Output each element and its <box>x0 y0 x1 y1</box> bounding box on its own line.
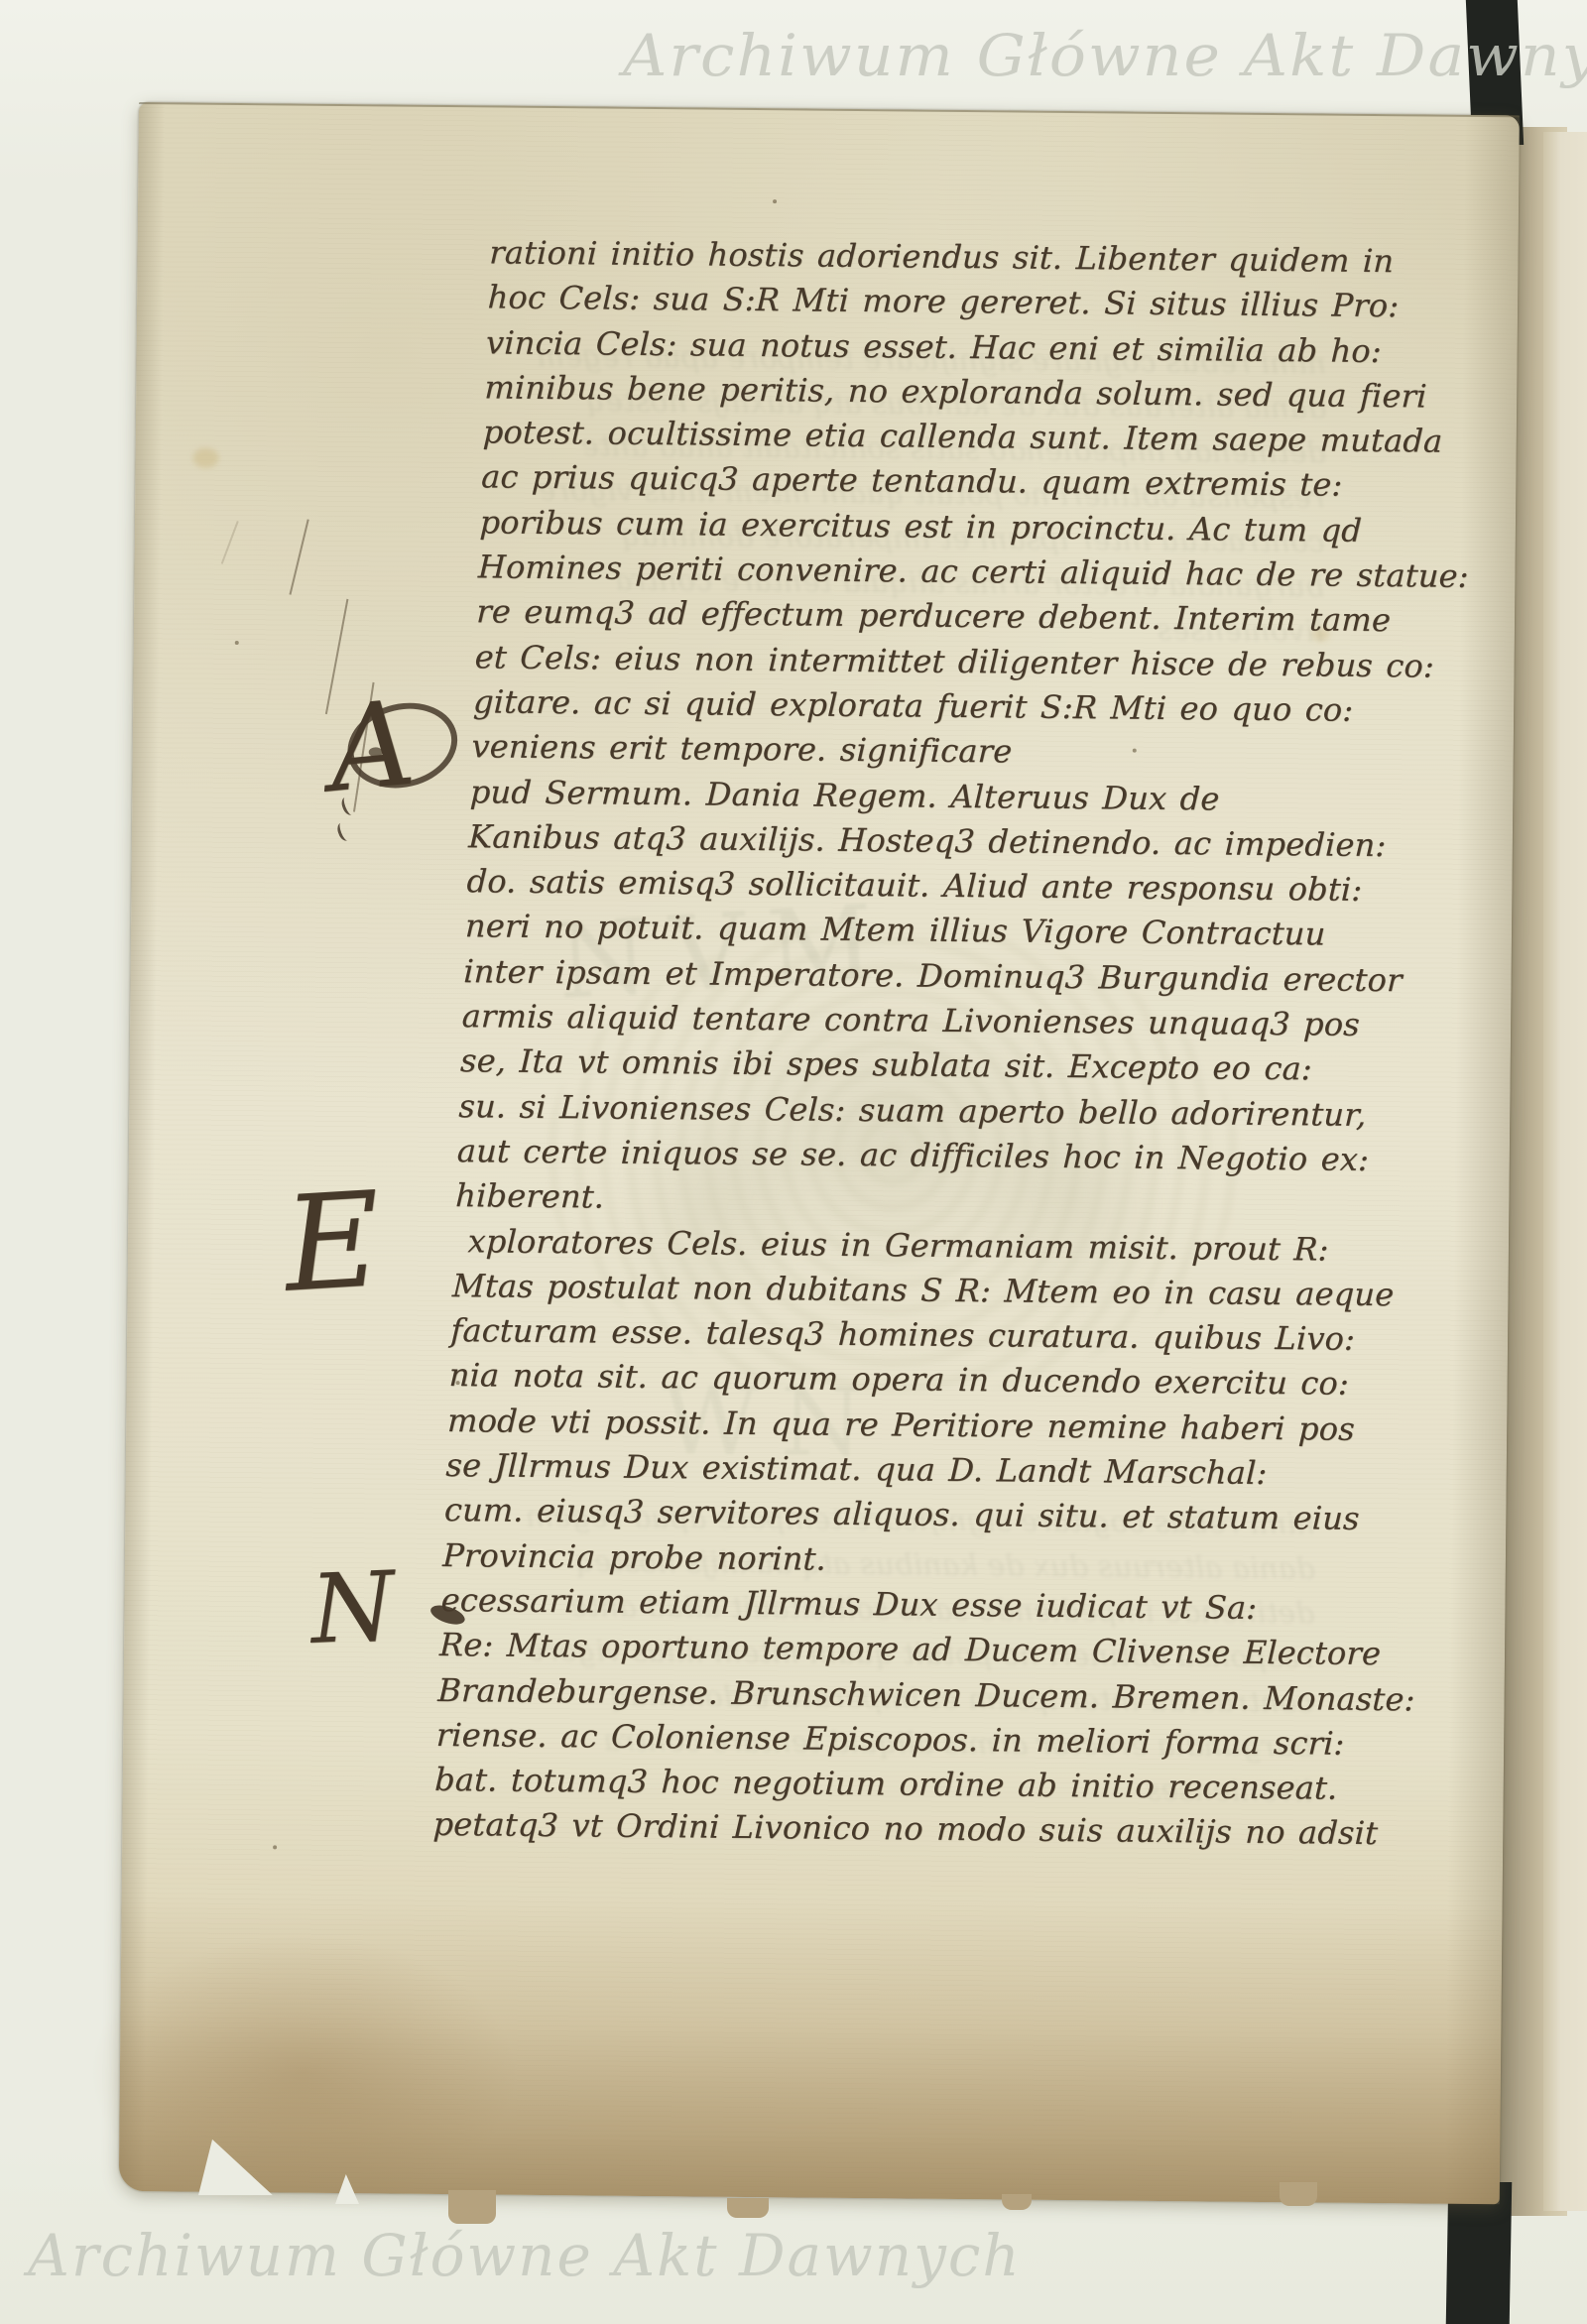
text-line: mode vti possit. In qua re Peritiore nem… <box>446 1399 1272 1451</box>
text-line: inter ipsam et Imperatore. Dominuq3 Burg… <box>463 949 1288 1002</box>
text-line: petatq3 vt Ordini Livonico no modo suis … <box>432 1802 1258 1855</box>
text-line: Brandeburgense. Brunschwicen Ducem. Brem… <box>437 1667 1263 1720</box>
text-line: se Jllrmus Dux existimat. qua D. Landt M… <box>445 1443 1271 1496</box>
torn-edge-jut <box>1280 2182 1317 2206</box>
torn-edge-jut <box>448 2190 496 2224</box>
text-line: cum. eiusq3 servitores aliquos. qui situ… <box>443 1488 1269 1540</box>
ink-speck <box>1133 749 1137 753</box>
text-line: gitare. ac si quid explorata fuerit S:R … <box>472 679 1297 732</box>
adjacent-folio-edge <box>1543 132 1587 2211</box>
paragraph-initial-n: N <box>308 1558 396 1657</box>
text-line: Provincia probe norint. <box>441 1533 1267 1586</box>
text-line: su. si Livonienses Cels: suam aperto bel… <box>458 1084 1283 1137</box>
text-line: Kanibus atq3 auxilijs. Hosteq3 detinendo… <box>467 814 1292 867</box>
text-line: et Cels: eius non intermittet diligenter… <box>474 635 1299 687</box>
text-line: hiberent. <box>454 1173 1280 1226</box>
ink-blot <box>369 747 383 757</box>
archive-watermark-bottom: Archiwum Główne Akt Dawnych <box>28 2222 1022 2289</box>
text-line: rationi initio hostis adoriendus sit. Li… <box>489 230 1314 283</box>
archive-watermark-top: Archiwum Główne Akt Dawnych <box>623 22 1587 89</box>
text-line: Mtas postulat non dubitans S R: Mtem eo … <box>451 1264 1277 1316</box>
text-line: bat. totumq3 hoc negotium ordine ab init… <box>433 1758 1259 1810</box>
text-line: xploratores Cels. eius in Germaniam misi… <box>453 1219 1279 1272</box>
torn-edge-jut <box>1002 2194 1032 2210</box>
torn-edge-jut <box>727 2198 769 2218</box>
text-line: aut certe iniquos se se. ac difficiles h… <box>456 1129 1282 1181</box>
text-line: minibus bene peritis, no exploranda solu… <box>484 365 1309 418</box>
text-line: facturam esse. talesq3 homines curatura.… <box>450 1308 1276 1361</box>
manuscript-page: nimi rebus cogitare significare tempore … <box>119 102 1520 2204</box>
corner-stain <box>89 1933 519 2215</box>
paragraph-initial-e: E <box>281 1174 384 1311</box>
text-line: se, Ita vt omnis ibi spes sublata sit. E… <box>459 1040 1284 1092</box>
ink-speck <box>773 199 777 203</box>
text-line: Homines periti convenire. ac certi aliqu… <box>477 545 1302 597</box>
text-line: hoc Cels: sua S:R Mti more gereret. Si s… <box>487 276 1312 328</box>
text-line: potest. ocultissime etia callenda sunt. … <box>482 411 1307 463</box>
text-line: Re: Mtas oportuno tempore ad Ducem Clive… <box>438 1623 1264 1675</box>
text-line: vincia Cels: sua notus esset. Hac eni et… <box>485 320 1310 373</box>
ink-speck <box>273 1845 277 1849</box>
handwriting-block: rationi initio hostis adoriendus sit. Li… <box>432 230 1313 1855</box>
text-line: poribus cum ia exercitus est in procinct… <box>479 500 1304 552</box>
text-line: do. satis emisq3 sollicitauit. Aliud ant… <box>466 859 1291 912</box>
ink-speck <box>456 1381 460 1385</box>
text-line: ecessarium etiam Jllrmus Dux esse iudica… <box>440 1578 1266 1631</box>
text-line: pud Sermum. Dania Regem. Alteruus Dux de <box>469 770 1294 822</box>
text-line: armis aliquid tentare contra Livonienses… <box>461 994 1286 1046</box>
text-line: veniens erit tempore. significare <box>471 725 1296 778</box>
ink-speck <box>235 641 239 645</box>
text-line: neri no potuit. quam Mtem illius Vigore … <box>464 905 1289 957</box>
foxing-spot <box>192 448 218 468</box>
text-line: ac prius quicq3 aperte tentandu. quam ex… <box>480 455 1305 508</box>
scanned-archive-photo: { "watermark": { "text": "Archiwum Główn… <box>0 0 1587 2324</box>
text-line: re eumq3 ad effectum perducere debent. I… <box>476 590 1301 643</box>
text-line: riense. ac Coloniense Episcopos. in meli… <box>435 1713 1261 1766</box>
text-line: nia nota sit. ac quorum opera in ducendo… <box>448 1353 1274 1406</box>
